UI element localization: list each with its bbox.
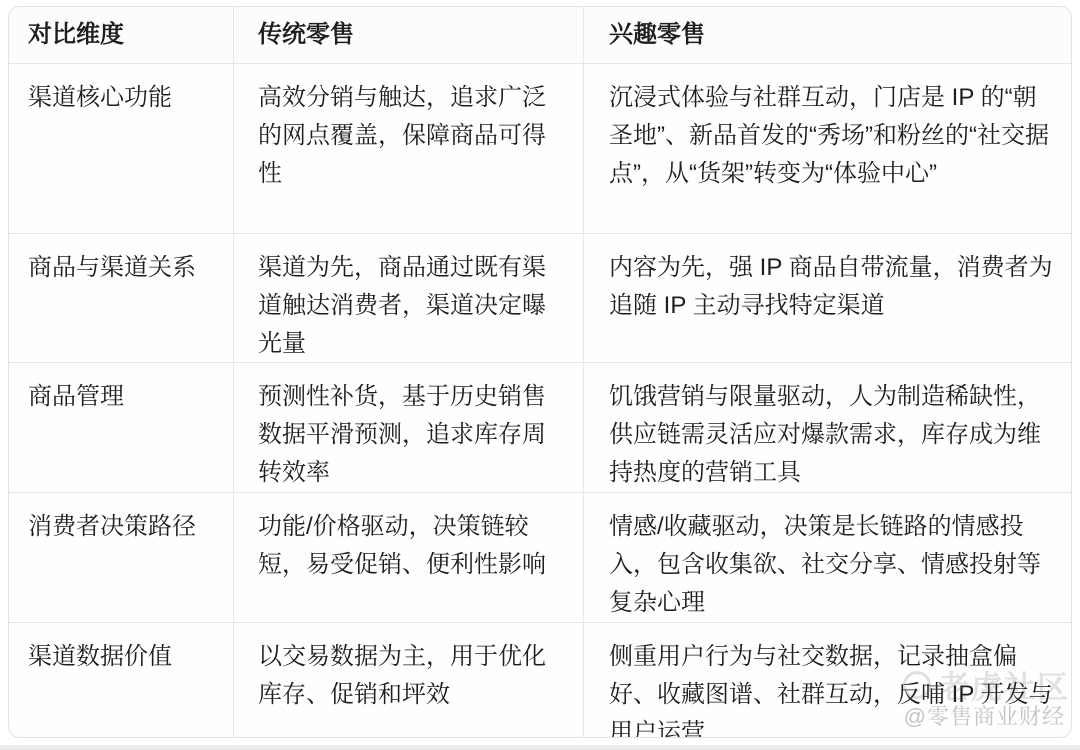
cell-interest: 沉浸式体验与社群互动，门店是 IP 的“朝圣地”、新品首发的“秀场”和粉丝的“社… [583,63,1071,233]
cell-interest: 侧重用户行为与社交数据，记录抽盒偏好、收藏图谱、社群互动，反哺 IP 开发与用户… [583,622,1071,737]
cell-traditional: 高效分销与触达，追求广泛的网点覆盖，保障商品可得性 [233,63,583,233]
cell-interest: 情感/收藏驱动，决策是长链路的情感投入，包含收集欲、社交分享、情感投射等复杂心理 [583,492,1071,622]
cell-interest: 内容为先，强 IP 商品自带流量，消费者为追随 IP 主动寻找特定渠道 [583,233,1071,362]
row-dimension-label: 渠道核心功能 [9,63,233,233]
page-bottom-edge [0,745,1080,750]
row-dimension-label: 商品管理 [9,362,233,492]
cell-traditional: 渠道为先，商品通过既有渠道触达消费者，渠道决定曝光量 [233,233,583,362]
comparison-table: 对比维度 传统零售 兴趣零售 渠道核心功能 高效分销与触达，追求广泛的网点覆盖，… [8,6,1072,738]
column-header-interest-retail: 兴趣零售 [583,7,1071,63]
cell-traditional: 以交易数据为主，用于优化库存、促销和坪效 [233,622,583,737]
cell-traditional: 预测性补货，基于历史销售数据平滑预测，追求库存周转效率 [233,362,583,492]
cell-interest: 饥饿营销与限量驱动，人为制造稀缺性，供应链需灵活应对爆款需求，库存成为维持热度的… [583,362,1071,492]
column-header-traditional-retail: 传统零售 [233,7,583,63]
row-dimension-label: 渠道数据价值 [9,622,233,737]
row-dimension-label: 商品与渠道关系 [9,233,233,362]
column-header-dimension: 对比维度 [9,7,233,63]
cell-traditional: 功能/价格驱动，决策链较短，易受促销、便利性影响 [233,492,583,622]
row-dimension-label: 消费者决策路径 [9,492,233,622]
